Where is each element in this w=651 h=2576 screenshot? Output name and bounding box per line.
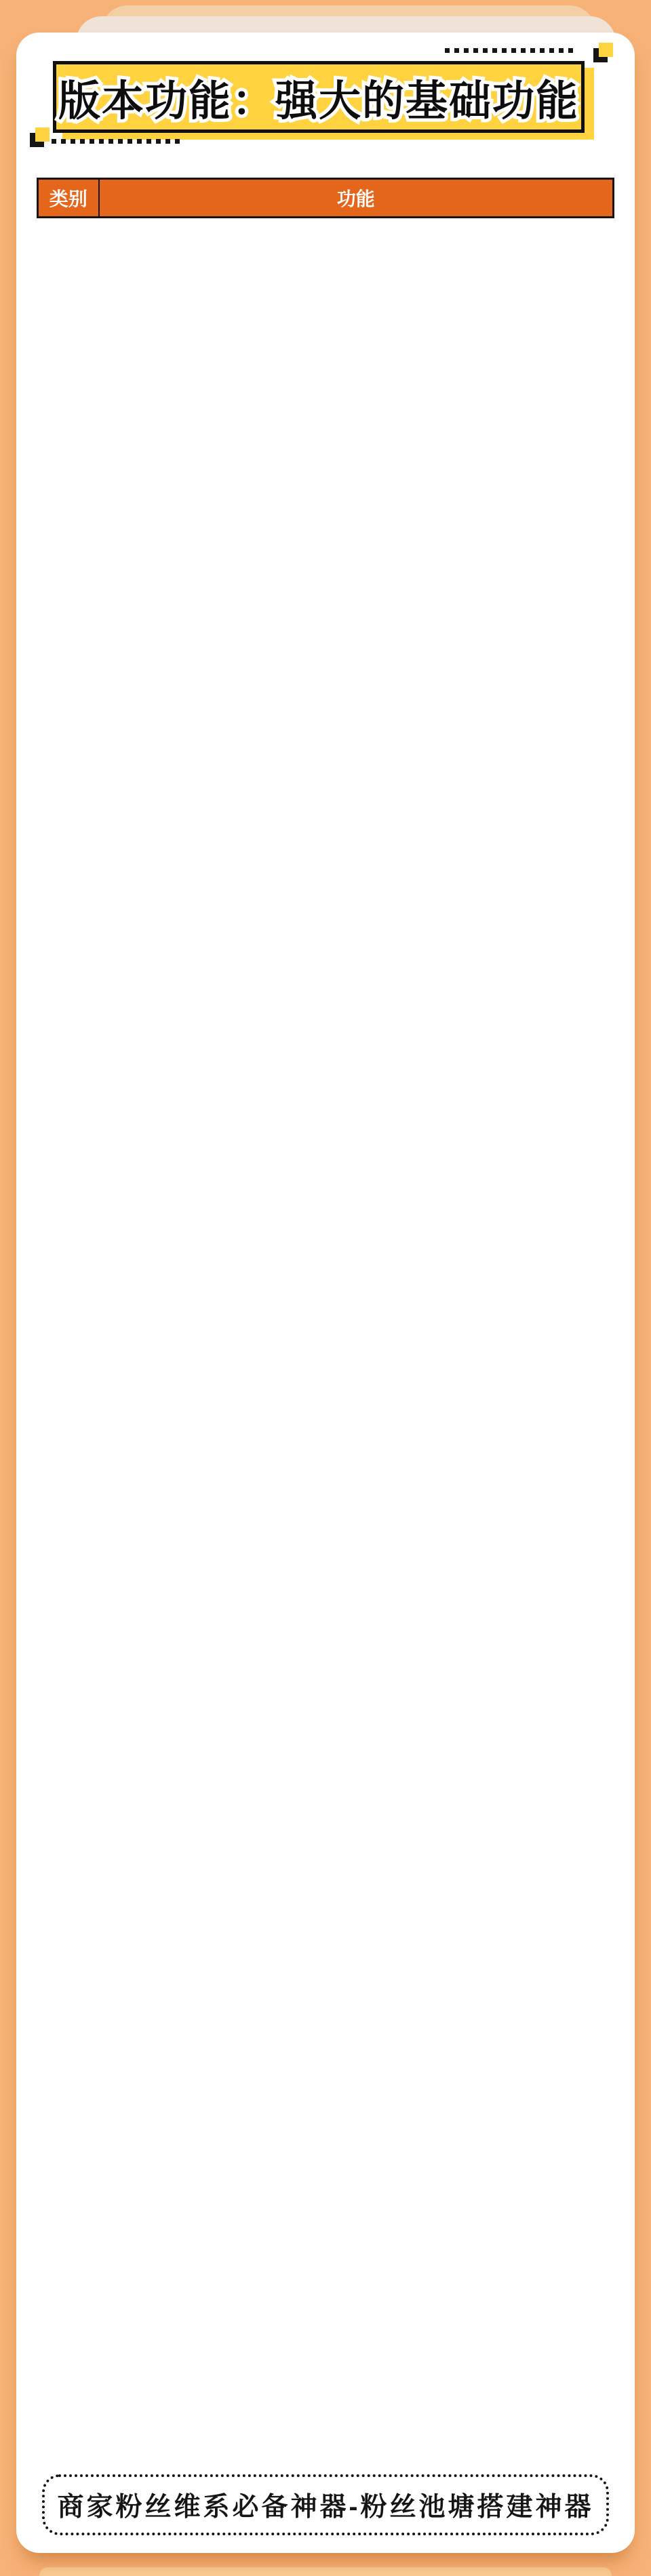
footer-slogan-text: 商家粉丝维系必备神器-粉丝池塘搭建神器 <box>58 2493 594 2522</box>
square-decoration-bottom-icon <box>35 127 50 142</box>
poster-card: 版本功能：强大的基础功能 版本功能：强大的基础功能 类别 功能 商家粉丝维系必备… <box>16 33 635 2553</box>
dotted-line-top-icon <box>445 48 575 53</box>
feature-header: 功能 <box>99 179 614 218</box>
dotted-line-bottom-icon <box>52 139 183 144</box>
stacked-card-bottom-edge <box>39 2567 612 2576</box>
footer-slogan: 商家粉丝维系必备神器-粉丝池塘搭建神器 <box>42 2474 609 2535</box>
table-header-row: 类别 功能 <box>38 179 614 218</box>
category-header: 类别 <box>38 179 99 218</box>
page-title: 版本功能：强大的基础功能 <box>58 67 579 127</box>
features-table: 类别 功能 <box>37 178 614 218</box>
title-banner: 版本功能：强大的基础功能 版本功能：强大的基础功能 <box>53 61 585 133</box>
square-decoration-top-icon <box>599 43 613 57</box>
